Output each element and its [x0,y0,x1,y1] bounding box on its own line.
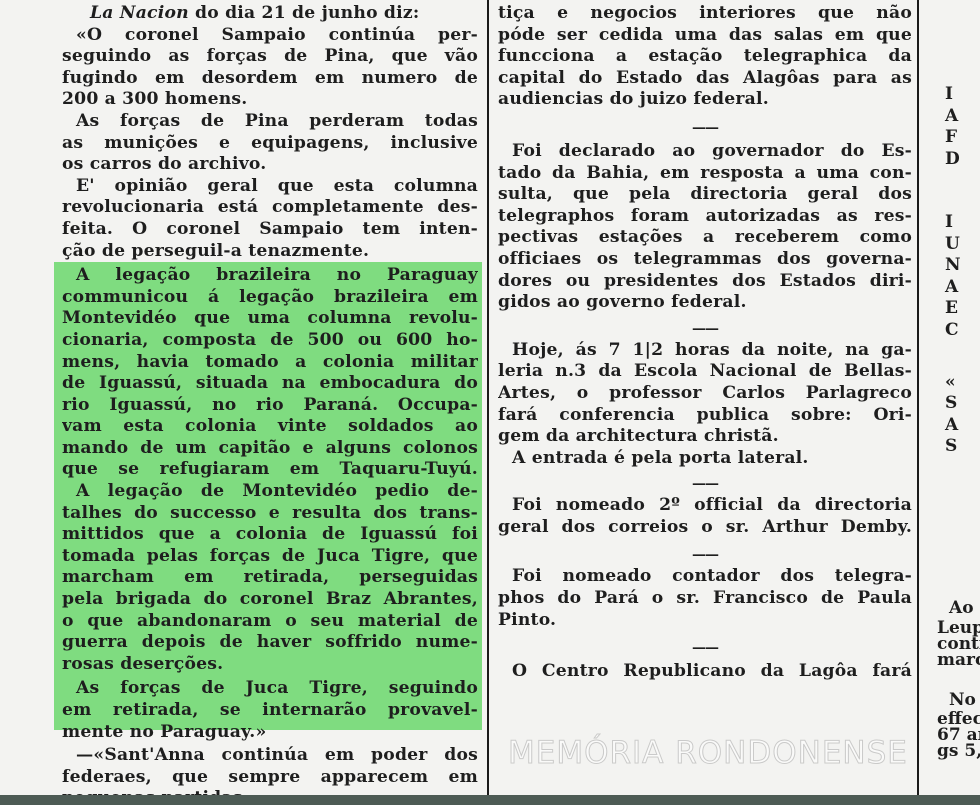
text-fragment: I [945,212,980,234]
text-line: «O coronel Sampaio continúa per- [62,25,478,47]
text-line: pectivas estações a receberem como [498,227,912,249]
article-nomination-demby: Foi nomeado 2º official da directoria ge… [498,495,912,538]
text-fragment: No [937,690,980,712]
text-line: pela brigada do coronel Braz Abrantes, [62,589,478,611]
newspaper-name: La Nacion [90,3,189,23]
text-line: fará conferencia publica sobre: Ori- [498,405,912,427]
text-line: feita. O coronel Sampaio tem inten- [62,219,478,241]
text-line: funcciona a estação telegraphica da [498,46,912,68]
text-line: gem da architectura christã. [498,426,912,448]
text-line: cionaria, composta de 500 ou 600 ho- [62,330,478,352]
text-fragment: Ao [937,598,980,620]
text-line: revolucionaria está completamente des- [62,197,478,219]
text-line: as munições e equipagens, inclusive [62,133,478,155]
text-line: tado da Bahia, em resposta a uma con- [498,163,912,185]
middle-column: tiça e negocios interiores que não póde … [498,3,912,683]
text-line: Foi declarado ao governador do Es- [498,141,912,163]
text-line: sulta, que pela directoria geral dos [498,184,912,206]
text-line: —«Sant'Anna continúa em poder dos [62,745,478,767]
article-intro: La Nacion do dia 21 de junho diz: [62,3,478,25]
column-divider-right [917,0,919,795]
text-fragment: E [945,298,980,320]
text-line: gidos ao governo federal. [498,292,912,314]
text-line: guerra depois de haver soffrido nume- [62,632,478,654]
text-line: mando de um capitão e alguns colonos [62,438,478,460]
article-separator: —— [498,318,912,340]
text-line: communicou á legação brazileira em [62,287,478,309]
text-fragment: D [945,149,980,171]
article-nomination-pinto: Foi nomeado contador dos telegra- phos d… [498,566,912,631]
text-line: Hoje, ás 7 1|2 horas da noite, na ga- [498,340,912,362]
text-line: que se refugiaram em Taquaru-Tuyú. [62,459,478,481]
text-fragment: U [945,234,980,256]
text-line: O Centro Republicano da Lagôa fará [498,661,912,683]
text-line: leria n.3 da Escola Nacional de Bellas- [498,361,912,383]
text-line: Montevidéo que uma columna revolu- [62,308,478,330]
text-line: em retirada, se internarão provavel- [62,700,478,722]
text-line: dores ou presidentes dos Estados diri- [498,271,912,293]
text-fragment: F [945,127,980,149]
right-column-clipped-lower: Ao Leup contr marc No effec 67 an gs 5, [937,598,980,759]
article-centro-republicano: O Centro Republicano da Lagôa fará [498,661,912,683]
text-line: A legação brazileira no Paraguay [62,265,478,287]
text-line: fugindo em desordem em numero de [62,68,478,90]
text-line: o que abandonaram o seu material de [62,611,478,633]
text-line: Artes, o professor Carlos Parlagreco [498,383,912,405]
text-line: talhes do successo e resulta dos trans- [62,503,478,525]
text-fragment [945,170,980,192]
text-line: mens, havia tomado a colonia militar [62,352,478,374]
text-line: As forças de Pina perderam todas [62,111,478,133]
text-line: os carros do archivo. [62,154,478,176]
right-column-clipped: I A F D I U N A E C « S A S [945,84,980,458]
text-line: tiça e negocios interiores que não [498,3,912,25]
text-line: Pinto. [498,610,912,632]
text-fragment: C [945,320,980,342]
text-line: tomada pelas forças de Juca Tigre, que [62,546,478,568]
text-line: telegraphos foram autorizadas as res- [498,206,912,228]
column-divider-left [487,0,489,795]
text-fragment: S [945,393,980,415]
text-fragment: A [945,106,980,128]
text-line: audiencias do juizo federal. [498,89,912,111]
text-line: marcham em retirada, perseguidas [62,567,478,589]
article-telegraph-station: tiça e negocios interiores que não póde … [498,3,912,111]
text-fragment: « [945,372,980,394]
highlighted-text: A legação brazileira no Paraguay communi… [62,265,478,743]
article-separator: —— [498,544,912,566]
watermark: MEMÓRIA RONDONENSE [508,735,908,771]
text-line: phos do Pará o sr. Francisco de Paula [498,588,912,610]
text-fragment: A [945,415,980,437]
article-conference: Hoje, ás 7 1|2 horas da noite, na ga- le… [498,340,912,470]
text-fragment: A [945,277,980,299]
text-line: capital do Estado das Alagôas para as [498,68,912,90]
intro-text: do dia 21 de junho diz: [195,3,419,23]
text-fragment: N [945,255,980,277]
text-line: geral dos correios o sr. Arthur Demby. [498,517,912,539]
text-line: rosas deserções. [62,654,478,676]
text-line: Foi nomeado contador dos telegra- [498,566,912,588]
text-line: 200 a 300 homens. [62,89,478,111]
text-line: A entrada é pela porta lateral. [498,448,912,470]
text-line: mittidos que a colonia de Iguassú foi [62,524,478,546]
text-line: ção de perseguil-a tenazmente. [62,241,478,263]
text-line: vam esta colonia vinte soldados ao [62,416,478,438]
left-column: La Nacion do dia 21 de junho diz: «O cor… [62,3,478,805]
article-bahia-governor: Foi declarado ao governador do Es- tado … [498,141,912,314]
text-line: Foi nomeado 2º official da directoria [498,495,912,517]
article-separator: —— [498,637,912,659]
text-fragment: I [945,84,980,106]
text-fragment: gs 5, [937,743,980,759]
text-line: póde ser cedida uma das salas em que [498,25,912,47]
text-fragment: S [945,436,980,458]
article-separator: —— [498,473,912,495]
text-line: rio Iguassú, no rio Paraná. Occupa- [62,395,478,417]
text-line: As forças de Juca Tigre, seguindo [62,678,478,700]
text-line: A legação de Montevidéo pedio de- [62,481,478,503]
text-line: E' opinião geral que esta columna [62,176,478,198]
article-separator: —— [498,117,912,139]
text-line: federaes, que sempre apparecem em [62,767,478,789]
text-fragment: marc [937,652,980,668]
text-line: officiaes os telegrammas dos governa- [498,249,912,271]
bottom-edge-strip [0,795,980,805]
text-line: mente no Paraguay.» [62,722,478,744]
text-line: de Iguassú, situada na embocadura do [62,373,478,395]
text-line: seguindo as forças de Pina, que vão [62,46,478,68]
